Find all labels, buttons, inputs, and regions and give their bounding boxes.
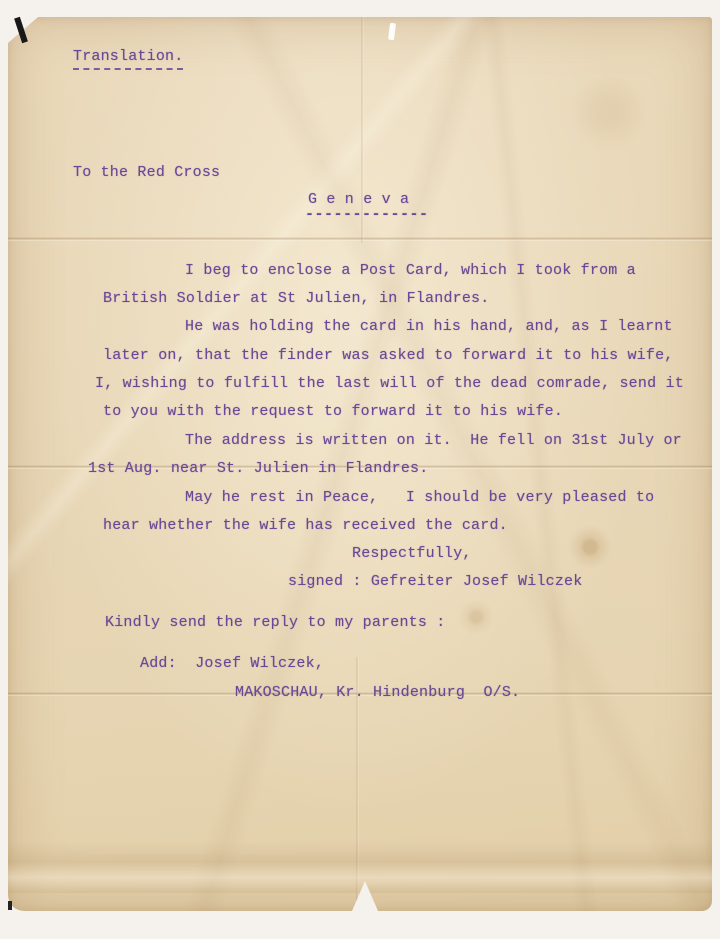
body-line: I, wishing to fulfill the last will of t…	[95, 375, 684, 392]
edge-dark-mark-bottom-left	[8, 901, 12, 910]
postscript-line: Kindly send the reply to my parents :	[105, 614, 445, 631]
body-line: British Soldier at St Julien, in Flandre…	[103, 290, 489, 307]
body-line: He was holding the card in his hand, and…	[185, 318, 673, 335]
heading-translation: Translation.	[73, 48, 183, 70]
signature-line: signed : Gefreiter Josef Wilczek	[288, 573, 582, 590]
body-line: I beg to enclose a Post Card, which I to…	[185, 262, 636, 279]
body-line: later on, that the finder was asked to f…	[103, 347, 674, 364]
recipient-line: To the Red Cross	[73, 164, 220, 181]
address-line: Add: Josef Wilczek,	[140, 655, 324, 672]
scan-background: { "document_type": "scanned typewritten …	[0, 0, 720, 939]
tear-notch-top-center	[388, 23, 396, 41]
body-line: to you with the request to forward it to…	[103, 403, 563, 420]
city-underline: -------------	[305, 206, 429, 223]
address-line: MAKOSCHAU, Kr. Hindenburg O/S.	[235, 684, 520, 701]
closing-line: Respectfully,	[352, 545, 472, 562]
body-line: hear whether the wife has received the c…	[103, 517, 508, 534]
letter-page: Translation.To the Red CrossG e n e v a-…	[8, 17, 712, 911]
body-line: 1st Aug. near St. Julien in Flandres.	[88, 460, 428, 477]
fold-crease-horizontal-1	[8, 237, 712, 241]
body-line: May he rest in Peace, I should be very p…	[185, 489, 654, 506]
tear-notch-bottom-center	[352, 881, 378, 911]
body-line: The address is written on it. He fell on…	[185, 432, 682, 449]
